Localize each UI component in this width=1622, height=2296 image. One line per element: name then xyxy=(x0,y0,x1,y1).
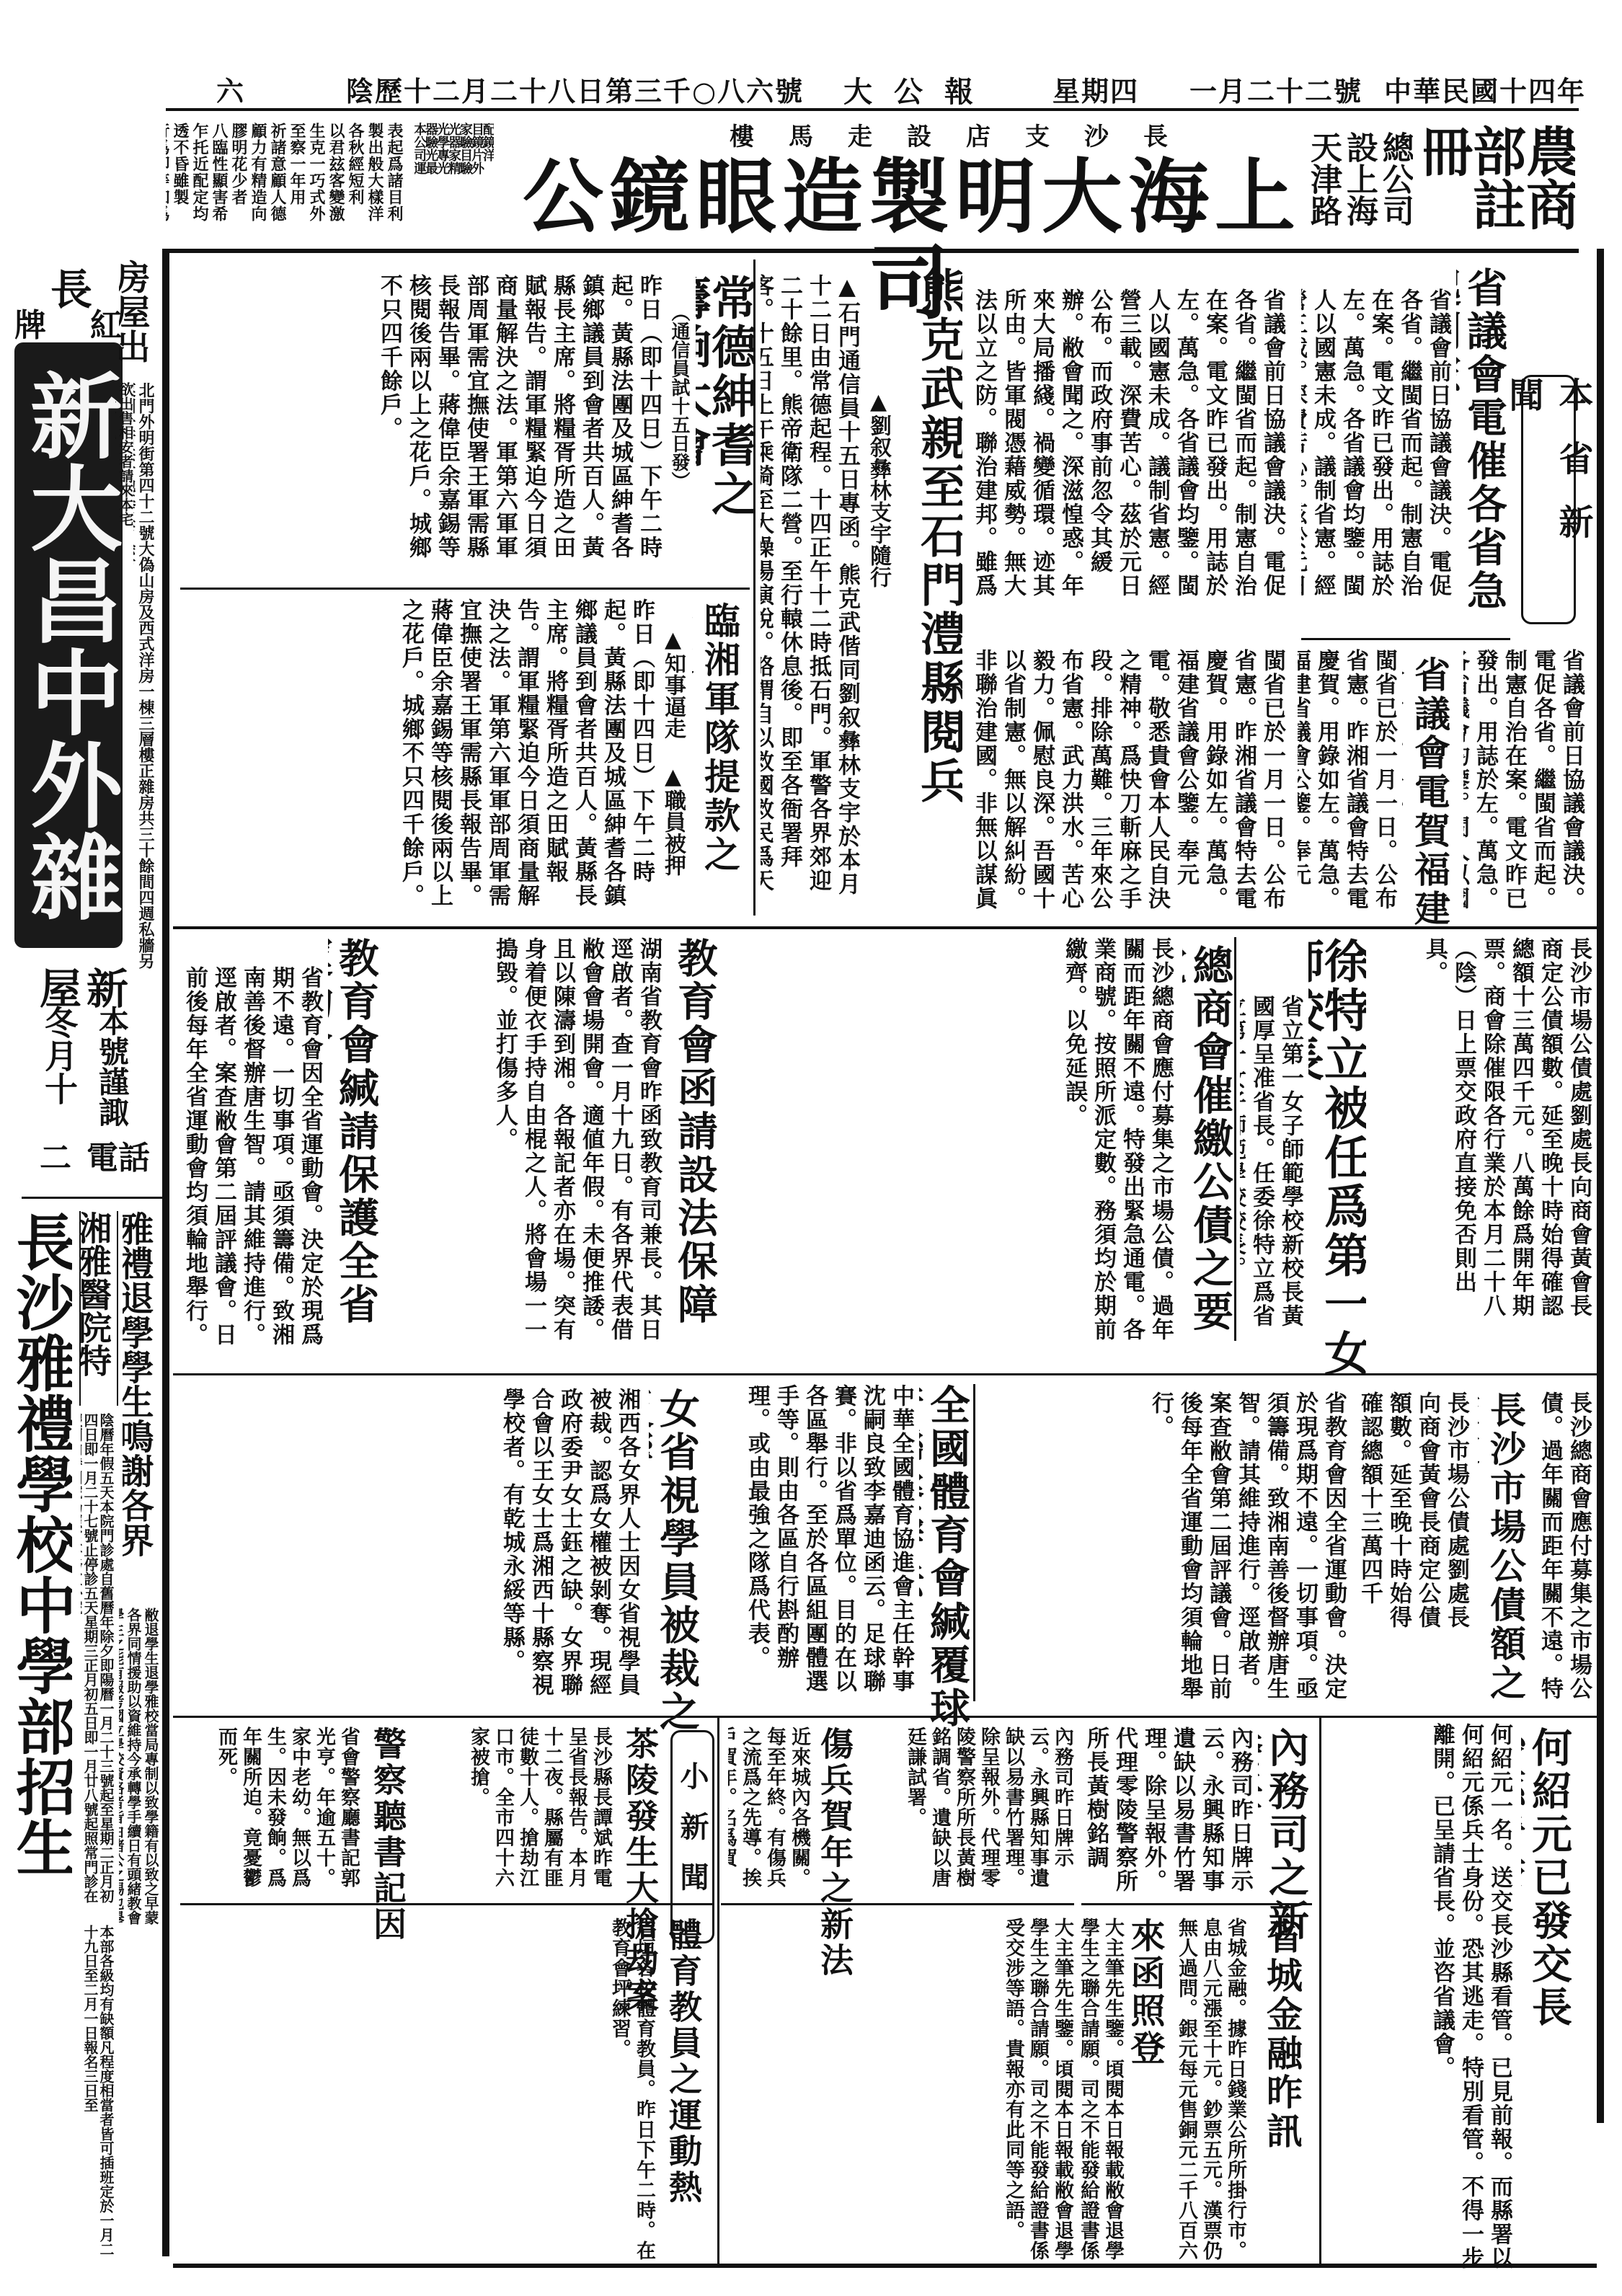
hospital-ad-body: 陰曆年假五天本院門診處自舊曆年除夕即陽曆一月二十三號起至星期二正月初四日即一月二… xyxy=(81,1413,114,1903)
rule-r4b xyxy=(721,1903,1074,1905)
article-changde-body: 昨日（即十四日）下午二時起。黃縣法團及城區紳耆各鎮鄉議員到會者共百人。黃縣長主席… xyxy=(180,274,663,577)
headline-xu: 徐特立被任爲第一女師校長 xyxy=(1308,937,1366,1384)
left-ad-rule xyxy=(22,1197,166,1199)
headline-market-bond: 長沙市場公債額之確定 xyxy=(1478,1391,1528,1708)
month-day: 一月二十二號 xyxy=(1189,69,1362,109)
left-column-divider xyxy=(162,249,169,2256)
article-fujian-body-a: 閩省已於一月一日。公布省憲。昨湘省議會特去電慶賀。用錄如左。萬急。福建省議會公鑒… xyxy=(1298,649,1399,923)
rule-r2 xyxy=(180,588,750,590)
section-rule-2 xyxy=(173,926,1597,929)
headline-constitution: 省議會電催各省急起制憲 xyxy=(1456,267,1507,627)
eyeglass-ad: 表起爲諸目利製出般大樣洋各秋經短利 以君玆客變激生克一巧式外至察一年用 祈諸意顧… xyxy=(166,117,1579,239)
page-number: 六 xyxy=(216,69,245,109)
section-tag-small-news: 小新聞 xyxy=(670,1730,714,1943)
section-rule-3 xyxy=(173,1373,1597,1375)
rule-v1 xyxy=(753,260,755,916)
rule-v3 xyxy=(973,1384,975,1701)
article-market-bond-body: 長沙市場公債處劉處長向商會黃會長商定公債額數。延至晚十時始得確認總額十三萬四千元… xyxy=(1355,1391,1471,1629)
headline-changde: 常德紳耆之籌餉大會 xyxy=(696,274,753,562)
republic-date: 中華民國十四年 xyxy=(1384,69,1586,109)
brand-seal-top: 長 xyxy=(50,256,92,316)
article-market-bond-pre: 長沙總商會應付募集之市場公債。過年關而距年關不遠。特發出緊急通電。各業商號。按照… xyxy=(1535,1391,1593,1708)
article-football-pre: 省教育會因全省運動會。決定於現爲期不遠。一切事項。亟須籌備。致湘南善後督辦唐生智… xyxy=(980,1391,1348,1708)
rule-r4c xyxy=(180,1903,714,1905)
article-changde-sub: （通信員試十五日發） xyxy=(667,303,693,562)
students-ad-body: 敝退學生退學雅校當局專制以致學籍有以致之早蒙各界同情援助以資維持今承轉學手續日有… xyxy=(119,1608,159,1925)
headline-he-shaoyuan: 何紹元已發交長沙縣看管 xyxy=(1521,1727,1572,2058)
headline-appointments: 內務司之新委任 xyxy=(1258,1727,1308,1943)
article-edu-protect-body: 湖南省教育會昨函致教育司兼長。其日逕啟者。查一月十九日。有各界代表借敝會會場開會… xyxy=(389,937,663,1355)
article-he-shaoyuan-body: 何紹元一名。送交長沙縣看管。已見前報。而縣署以何紹元係兵士身份。恐其逃走。特別看… xyxy=(1326,1723,1514,2271)
article-sports-edu-body xyxy=(187,1918,375,2264)
phone-date: 冬月十三 xyxy=(40,1006,83,1128)
headline-edu-sports: 教育會緘請保護全省運動會 xyxy=(328,937,378,1355)
article-appointments-body: 內務司昨日牌示云。永興縣知事遺缺以易書竹署理。除呈報外。代理零陵警察所所長黃樹銘… xyxy=(1085,1727,1254,1900)
headline-sports-edu xyxy=(382,1918,425,2206)
article-football-body: 中華全國體育協進會主任幹事沈嗣良致李嘉迪函云。足球聯賽。非以省爲單位。目的在以各… xyxy=(728,1384,916,1708)
ad-branch-line: 長沙支店設走馬樓 xyxy=(642,117,1290,152)
phone-text: 本號謹諏 xyxy=(90,1006,133,1128)
headline-women-edu: 女省視學員被裁之反響 xyxy=(649,1388,699,1763)
headline-chamber: 總商會催繳公債之要電 xyxy=(1182,944,1233,1362)
ad-address: 總公司設上海天津路 xyxy=(1298,131,1413,239)
rule-r1 xyxy=(1301,638,1510,640)
article-xiong-body: ▲石門通信員十五日專函。熊克武偕同劉叙彝林支宇於本月十二日由常德起程。十四正午十… xyxy=(761,274,861,916)
ad-notice: 表起爲諸目利製出般大樣洋各秋經短利 以君玆客變激生克一巧式外至察一年用 祈諸意顧… xyxy=(166,123,404,238)
article-constitution-cont: 省議會前日協議會議決。電促各省。繼閩省而起。制憲自治在案。電文昨已發出。用誌於左… xyxy=(970,288,1287,613)
masthead-strip: 六 陰歷十二月二十八日 第三千○八六號 大公報 星期四 一月二十二號 中華民國十… xyxy=(29,69,1600,105)
article-bond-cont: 長沙市場公債處劉處長向商會黃會長商定公債額數。延至晚十時始得確認總額十三萬四千元… xyxy=(1391,937,1593,1341)
hospital-ad-title: 湘雅醫院特別啟事 xyxy=(79,1211,118,1406)
ad-small-column: 配鏡洋目鏡片外家驗目驗光器家精光學專光器驗光最本公司運 xyxy=(415,123,494,238)
section-rule-4 xyxy=(173,1716,1597,1718)
section-tag-local-news: 本省新聞 xyxy=(1521,375,1576,624)
issue-number: 第三千○八六號 xyxy=(606,69,804,109)
lunar-date: 陰歷十二月二十八日 xyxy=(346,69,606,109)
headline-xiong: 熊克武親至石門澧縣閱兵 xyxy=(905,267,962,858)
article-fujian-cont: 閩省已於一月一日。公布省憲。昨湘省議會特去電慶賀。用錄如左。萬急。福建省議會公鑒… xyxy=(970,649,1287,923)
paper-name: 大公報 xyxy=(843,69,995,110)
masthead-rule xyxy=(166,108,1579,111)
article-letter-cont: 大主筆先生鑒。頃閱本日報載敝會退學學生之聯合請願。司之不能發給證書係受交涉等語。… xyxy=(728,1918,1074,2264)
school-ad-title: 長沙雅禮學校中學部招生 xyxy=(14,1211,72,2256)
article-fujian-body-b: 省議會前日協議會議決。電促各省。繼閩省而起。制憲自治在案。電文昨已發出。用誌於左… xyxy=(1463,649,1586,923)
article-poor-body: 長沙縣長譚斌昨電呈省長報告。本月十二夜。縣屬有匪徒數十人。搶劫江口市。全市四十六… xyxy=(433,1727,613,1900)
headline-edu-protect: 教育會函請設法保障 xyxy=(667,937,717,1341)
rule-r4a xyxy=(1081,1903,1312,1905)
right-border xyxy=(1597,249,1604,2123)
headline-finance: 省城金融昨訊 xyxy=(1254,1918,1305,2163)
article-letter-body: 大主筆先生鑒。頃閱本日報載敝會退學學生之聯合請願。司之不能發給證書係受交涉等語。… xyxy=(1081,1918,1125,2264)
enrol-body: 本部各級均有缺額凡程度相當者皆可插班定於一月二十九日至二月一日報名三日至 xyxy=(81,1925,114,2256)
headline-letter: 來函照登 xyxy=(1125,1918,1168,2134)
article-constitution-body: 省議會前日協議會議決。電促各省。繼閩省而起。制憲自治在案。電文昨已發出。用誌於左… xyxy=(1301,288,1453,613)
bottom-rule xyxy=(173,2264,1597,2268)
rule-v5 xyxy=(717,1716,719,2264)
weekday: 星期四 xyxy=(1052,69,1139,109)
article-women-edu-body: 湘西各女界人士因女省視學員被裁。認爲女權被剝奪。現經政府委尹女士鈺之缺。女界聯合… xyxy=(180,1388,642,1705)
article-xu-body: 省立第一女子師範學校新校長黃國厚呈准省長。任委徐特立爲省立第一女子師範學校校長。 xyxy=(1240,995,1305,1341)
article-linxiang-sub: ▲知事逼走 ▲職員被押 xyxy=(660,627,688,901)
article-police-body: 省垣各校體育教員。昨日下午二時。在教育會坪練習。 xyxy=(440,1918,656,2264)
headline-linxiang: 臨湘軍隊提款之緊迫 xyxy=(692,602,743,876)
house-ad-body: 北門外明街第四十二號大偽山房及西式洋房一棟三層樓正雜房共三十餘間四週私牆另菜園一… xyxy=(133,382,155,980)
headline-fujian: 省議會電賀福建公布省憲 xyxy=(1402,656,1453,966)
house-ad-contact: 欲出售相安者請來本宅引看可也 xyxy=(115,382,134,526)
article-edu-sports-body: 省教育會因全省運動會。決定於現爲期不遠。一切事項。亟須籌備。致湘南善後督辦唐生智… xyxy=(180,966,324,1355)
store-name-banner: 新大昌中外雜貨布 xyxy=(14,342,123,948)
phone-label: 電話 xyxy=(87,1132,150,1178)
article-veterans-body: 省會警察廳書記郭光亨。年逾五十。家中老幼。無以爲生。因未發餉。爲年關所迫。竟憂鬱… xyxy=(187,1727,360,1900)
article-xiong-byline: ▲劉叙彝林支宇隨行 xyxy=(865,389,894,678)
article-misc-a: 內務司昨日牌示云。永興縣知事遺缺以易書竹署理。除呈報外。代理零陵警察所所長黃樹銘… xyxy=(901,1727,1074,1900)
headline-police: 體育教員之運動熱 xyxy=(663,1918,706,2235)
article-robbery-body: 近來城內各機關。每至年終。有傷兵之流爲之先導。挨戶賀年。名爲賀年。實則強索錢文。 xyxy=(728,1727,811,1900)
students-ad-title: 雅禮退學學生鳴謝各界援助 xyxy=(123,1211,159,1586)
rule-v2 xyxy=(1234,937,1236,1341)
article-chamber-body: 長沙總商會應付募集之市場公債。過年關而距年關不遠。特發出緊急通電。各業商號。按照… xyxy=(728,937,1175,1355)
section-rule-top xyxy=(166,249,1579,253)
house-ad-title: 房屋出售 xyxy=(119,260,155,375)
headline-football: 全國體育會緘覆球術聯賽辦法 xyxy=(919,1384,970,1759)
ad-registration: 農商部註冊 xyxy=(1424,124,1575,239)
article-finance-body: 省城金融。據昨日錢業公所所掛行市。息由八元漲至十元。鈔票五元。漢票仍無人過問。銀… xyxy=(1175,1918,1247,2264)
article-linxiang-body: 昨日（即十四日）下午二時起。黃縣法團及城區紳耆各鎮鄉議員到會者共百人。黃縣長主席… xyxy=(180,598,656,916)
rule-v4 xyxy=(1319,1716,1321,2264)
